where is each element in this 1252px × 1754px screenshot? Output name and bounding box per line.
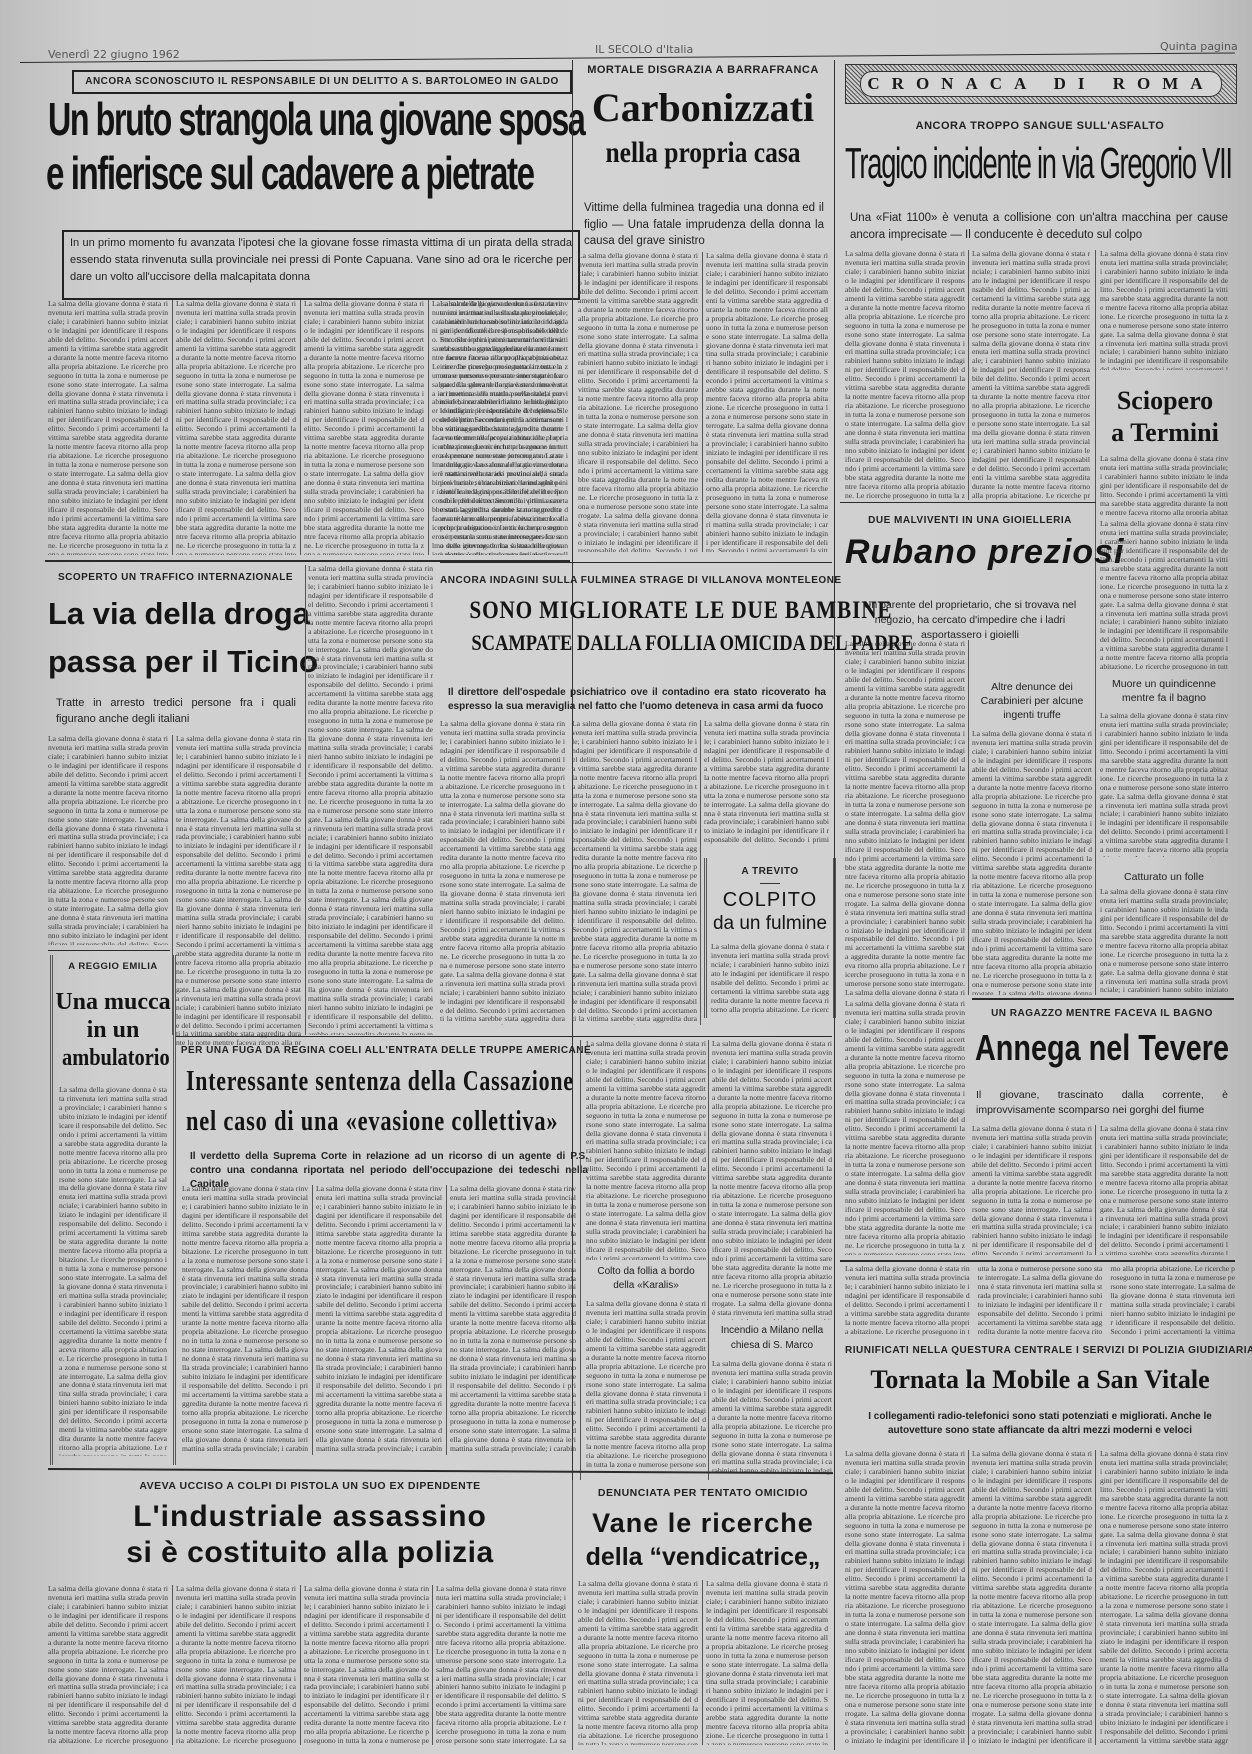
droga-headline-2: passa per il Ticino — [48, 646, 303, 677]
column-divider — [300, 1585, 301, 1745]
column-divider — [432, 1585, 433, 1745]
mucca-kicker: A REGGIO EMILIA — [53, 961, 173, 972]
strangola-deck-box: In un primo momento fu avanzata l'ipotes… — [62, 230, 580, 300]
mobile-deck: I collegamenti radio-telefonici sono sta… — [855, 1410, 1225, 1437]
cronaca-column-3: La salma della giovane donna è stata rin… — [1100, 250, 1228, 370]
column-divider — [305, 565, 306, 1035]
bambine-deck: Il direttore dell'ospedale psichiatrico … — [448, 686, 826, 714]
fulmine-headline-1: COLPITO — [707, 890, 833, 910]
industriale-column-2: La salma della giovane donna è stata rin… — [176, 1585, 296, 1745]
cassazione-kicker: PER UNA FUGA DA REGINA COELI ALL'ENTRATA… — [176, 1045, 596, 1056]
tevere-headline: Annega nel Tevere — [972, 1030, 1232, 1066]
divider — [840, 502, 1096, 503]
incendio-body: La salma della giovane donna è stata rin… — [712, 1360, 832, 1475]
droga-kicker: SCOPERTO UN TRAFFICO INTERNAZIONALE — [48, 572, 303, 583]
carbonizzati-headline-1: Carbonizzati — [578, 88, 828, 128]
tevere-column-left: La salma della giovane donna è stata rin… — [845, 1000, 965, 1255]
karalis-body: La salma della giovane donna è stata rin… — [586, 1300, 706, 1470]
industriale-column-3: La salma della giovane donna è stata rin… — [304, 1585, 429, 1745]
newspaper-page: Venerdì 22 giugno 1962 IL SECOLO d'Itali… — [0, 0, 1252, 1754]
paper-name: IL SECOLO d'Italia — [595, 43, 693, 56]
karalis-column-right: La salma della giovane donna è stata rin… — [712, 1040, 832, 1320]
divider — [760, 883, 780, 884]
mucca-box: A REGGIO EMILIA Una mucca in un ambulato… — [50, 955, 176, 1465]
column-divider — [702, 1580, 703, 1745]
tevere-column-1: La salma della giovane donna è stata rin… — [972, 1125, 1092, 1255]
column-divider — [300, 300, 301, 555]
carbonizzati-deck: Vittime della fulminea tragedia una donn… — [584, 200, 824, 250]
cassazione-headline-2: nel caso di una «evasione collettiva» — [186, 1108, 602, 1136]
incendio-headline: Incendio a Milano nella chiesa di S. Mar… — [712, 1323, 832, 1353]
mobile-headline: Tornata la Mobile a San Vitale — [845, 1367, 1235, 1393]
column-divider — [1095, 1450, 1096, 1745]
divider — [176, 1036, 832, 1037]
cassazione-column-1: La salma della giovane donna è stata rin… — [182, 1185, 308, 1455]
industriale-column-4: La salma della giovane donna è stata rin… — [436, 1585, 566, 1745]
divider — [840, 1260, 1235, 1262]
droga-column-1: La salma della giovane donna è stata rin… — [48, 735, 168, 945]
droga-deck: Tratte in arresto tredici persone fra i … — [56, 696, 296, 728]
cronaca-banner: CRONACA DI ROMA — [845, 64, 1237, 104]
divider — [440, 562, 832, 563]
fulmine-body: La salma della giovane donna è stata rin… — [711, 943, 829, 1013]
preziosi-kicker: DUE MALVIVENTI IN UNA GIOIELLERIA — [845, 515, 1095, 526]
strangola-column-2: La salma della giovane donna è stata rin… — [176, 300, 296, 555]
column-divider — [312, 1185, 313, 1455]
mucca-headline-2: in un — [53, 1018, 173, 1042]
mobile-kicker: RIUNIFICATI NELLA QUESTURA CENTRALE I SE… — [845, 1345, 1235, 1356]
bambine-column-3: La salma della giovane donna è stata rin… — [704, 720, 829, 845]
column-divider — [1095, 250, 1096, 995]
denunce-body: La salma della giovane donna è stata rin… — [972, 730, 1092, 995]
column-divider — [968, 1450, 969, 1745]
tevere-deck: Il giovane, trascinato dalla corrente, è… — [976, 1088, 1228, 1118]
strangola-kicker-box: ANCORA SCONOSCIUTO IL RESPONSABILE DI UN… — [72, 70, 572, 94]
mobile-column-2: La salma della giovane donna è stata rin… — [972, 1450, 1092, 1745]
carbonizzati-column-1: La salma della giovane donna è stata rin… — [578, 252, 698, 552]
column-divider — [172, 300, 173, 555]
catturato-body: La salma della giovane donna è stata rin… — [1100, 888, 1228, 993]
droga-column-2: La salma della giovane donna è stata rin… — [176, 735, 301, 1045]
industriale-headline-2: si è costituito alla polizia — [60, 1538, 560, 1568]
strangola-deck: In un primo momento fu avanzata l'ipotes… — [70, 235, 572, 286]
bambine-kicker: ANCORA INDAGINI SULLA FULMINEA STRAGE DI… — [440, 575, 832, 586]
tevere-column-2: La salma della giovane donna è stata rin… — [1100, 1125, 1228, 1255]
bambine-column-1: La salma della giovane donna è stata rin… — [440, 720, 565, 1025]
vendicatrice-column-2: La salma della giovane donna è stata rin… — [706, 1580, 828, 1745]
strangola-continued-2: La salma della giovane donna è stata rin… — [440, 300, 568, 555]
column-divider — [1095, 1125, 1096, 1255]
quindicenne-body: La salma della giovane donna è stata rin… — [1100, 712, 1228, 857]
cronaca-column-2: La salma della giovane donna è stata rin… — [972, 250, 1090, 500]
cronaca-deck: Una «Fiat 1100» è venuta a collisione co… — [850, 210, 1228, 243]
industriale-kicker: AVEVA UCCISO A COLPI DI PISTOLA UN SUO E… — [60, 1480, 560, 1492]
mucca-headline-3: ambulatorio — [62, 1046, 164, 1070]
denunce-headline: Altre denunce dei Carabinieri per alcune… — [972, 680, 1092, 723]
carbonizzati-column-2: La salma della giovane donna è stata rin… — [706, 252, 828, 552]
column-divider — [708, 1040, 709, 1480]
column-divider — [700, 720, 701, 1025]
mucca-headline-1: Una mucca — [53, 990, 173, 1014]
cronaca-banner-title: CRONACA DI ROMA — [860, 71, 1222, 97]
mobile-column-3: La salma della giovane donna è stata rin… — [1100, 1450, 1228, 1745]
sciopero-headline-1: Sciopero — [1100, 388, 1230, 414]
strangola-column-3: La salma della giovane donna è stata rin… — [304, 300, 424, 555]
bambine-headline-1: SONO MIGLIORATE LE DUE BAMBINE — [469, 598, 802, 623]
divider — [972, 998, 1234, 1000]
vendicatrice-headline-2: della “vendicatrice„ — [578, 1545, 828, 1570]
column-divider — [968, 250, 969, 500]
column-divider — [702, 252, 703, 552]
strangola-headline-1: Un bruto strangola una giovane sposa — [48, 96, 566, 142]
fulmine-box: A TREVITO COLPITO da un fulmine La salma… — [704, 858, 836, 1018]
tevere-kicker: UN RAGAZZO MENTRE FACEVA IL BAGNO — [972, 1008, 1232, 1019]
industriale-column-1: La salma della giovane donna è stata rin… — [48, 1585, 168, 1745]
strangola-continued-1: La salma della giovane donna è stata rin… — [308, 565, 433, 1035]
cronaca-column-1: La salma della giovane donna è stata rin… — [845, 250, 965, 500]
strangola-kicker: ANCORA SCONOSCIUTO IL RESPONSABILE DI UN… — [74, 72, 570, 92]
cronaca-kicker: ANCORA TROPPO SANGUE SULL'ASFALTO — [845, 120, 1235, 132]
column-divider — [968, 640, 969, 995]
column-divider — [580, 1040, 581, 1480]
page-label: Quinta pagina — [1160, 40, 1238, 53]
cassazione-headline-1: Interessante sentenza della Cassazione — [186, 1068, 607, 1096]
cronaca-headline: Tragico incidente in via Gregorio VII — [845, 142, 1232, 186]
column-divider — [446, 1185, 447, 1455]
droga-headline-1: La via della droga — [48, 598, 303, 629]
column-divider — [572, 1480, 573, 1750]
karalis-headline: Colto da follia a bordo della «Karalis» — [586, 1265, 706, 1293]
bambine-headline-2: SCAMPATE DALLA FOLLIA OMICIDA DEL PADRE — [471, 632, 800, 654]
vendicatrice-headline-1: Vane le ricerche — [578, 1510, 828, 1537]
sciopero-headline-2: a Termini — [1100, 420, 1230, 446]
quindicenne-headline: Muore un quindicenne mentre fa il bagno — [1100, 677, 1228, 705]
bambine-column-2: La salma della giovane donna è stata rin… — [572, 720, 697, 1025]
tevere-continuation: La salma della giovane donna è stata rin… — [845, 1265, 1235, 1340]
mucca-body: La salma della giovane donna è stata rin… — [59, 1086, 167, 1456]
column-divider — [172, 1585, 173, 1745]
strangola-column-1: La salma della giovane donna è stata rin… — [48, 300, 168, 555]
preziosi-column-1: La salma della giovane donna è stata rin… — [845, 640, 965, 995]
preziosi-column-3: La salma della giovane donna è stata rin… — [1100, 520, 1228, 670]
cassazione-column-3: La salma della giovane donna è stata rin… — [450, 1185, 576, 1455]
issue-date: Venerdì 22 giugno 1962 — [48, 48, 180, 61]
industriale-headline-1: L'industriale assassino — [60, 1502, 560, 1532]
divider — [48, 950, 170, 951]
sciopero-body: La salma della giovane donna è stata rin… — [1100, 455, 1228, 515]
carbonizzati-headline-2: nella propria casa — [597, 138, 810, 168]
fulmine-kicker: A TREVITO — [707, 866, 833, 877]
carbonizzati-kicker: MORTALE DISGRAZIA A BARRAFRANCA — [578, 64, 828, 76]
mobile-column-1: La salma della giovane donna è stata rin… — [845, 1450, 965, 1745]
vendicatrice-column-1: La salma della giovane donna è stata rin… — [578, 1580, 698, 1745]
fulmine-headline-2: da un fulmine — [707, 914, 833, 933]
strangola-headline-2: e infierisce sul cadavere a pietrate — [46, 150, 534, 196]
cassazione-column-2: La salma della giovane donna è stata rin… — [316, 1185, 442, 1455]
catturato-headline: Catturato un folle — [1100, 870, 1228, 885]
cassazione-column-4: La salma della giovane donna è stata rin… — [586, 1040, 706, 1260]
column-divider — [428, 300, 429, 555]
preziosi-headline: Rubano preziosi — [845, 535, 1095, 569]
vendicatrice-kicker: DENUNCIATA PER TENTATO OMICIDIO — [578, 1487, 828, 1499]
